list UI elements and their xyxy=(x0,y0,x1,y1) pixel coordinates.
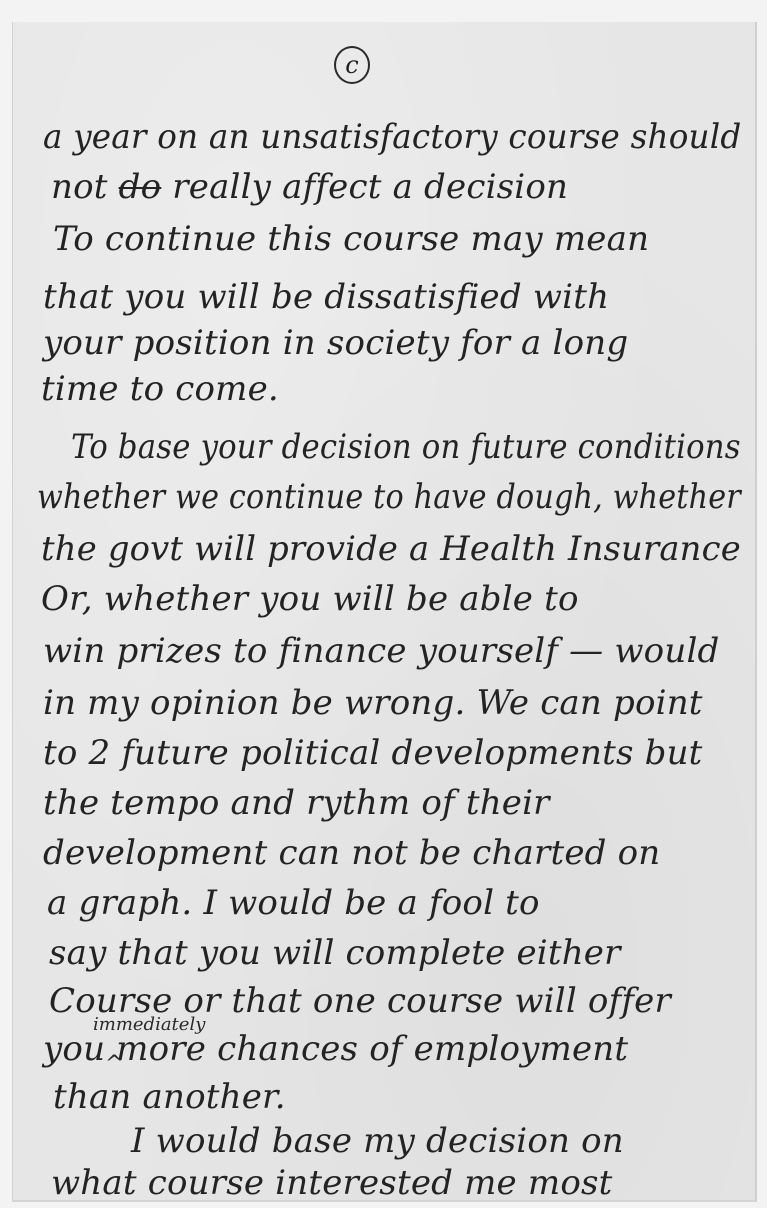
insertion-caret: ^ xyxy=(105,1052,123,1077)
handwritten-line: you more chances of employment xyxy=(43,1032,628,1066)
handwritten-line: time to come. xyxy=(41,372,279,406)
handwritten-line: the tempo and rythm of their xyxy=(43,786,550,820)
handwritten-line: that you will be dissatisfied with xyxy=(43,280,609,314)
handwritten-line: I would base my decision on xyxy=(131,1124,624,1158)
handwritten-line: win prizes to finance yourself — would xyxy=(43,634,719,668)
letter-page: c a year on an unsatisfactory course sho… xyxy=(12,22,757,1202)
handwritten-line: a graph. I would be a fool to xyxy=(47,886,540,920)
handwritten-line: what course interested me most xyxy=(51,1166,613,1200)
handwritten-line: a year on an unsatisfactory course shoul… xyxy=(43,120,741,154)
page-number-circle: c xyxy=(334,46,370,84)
handwritten-line: to 2 future political developments but xyxy=(43,736,703,770)
handwritten-line: the govt will provide a Health Insurance xyxy=(41,532,741,566)
handwritten-line: not do really affect a decision xyxy=(51,170,568,204)
handwritten-line: your position in society for a long xyxy=(43,326,628,360)
struck-word: do xyxy=(119,167,162,207)
handwritten-line: To base your decision on future conditio… xyxy=(71,430,741,464)
page-number-label: c xyxy=(345,51,358,79)
handwritten-line: say that you will complete either xyxy=(49,936,621,970)
handwritten-line: whether we continue to have dough, wheth… xyxy=(37,480,741,514)
line-text: not xyxy=(51,167,119,207)
handwritten-line: To continue this course may mean xyxy=(53,222,649,256)
handwritten-line: than another. xyxy=(53,1080,286,1114)
handwritten-line: in my opinion be wrong. We can point xyxy=(43,686,703,720)
handwritten-line: development can not be charted on xyxy=(43,836,660,870)
handwritten-line: Or, whether you will be able to xyxy=(41,582,579,616)
handwritten-line: Course or that one course will offer xyxy=(49,984,671,1018)
line-text: really affect a decision xyxy=(161,167,568,207)
